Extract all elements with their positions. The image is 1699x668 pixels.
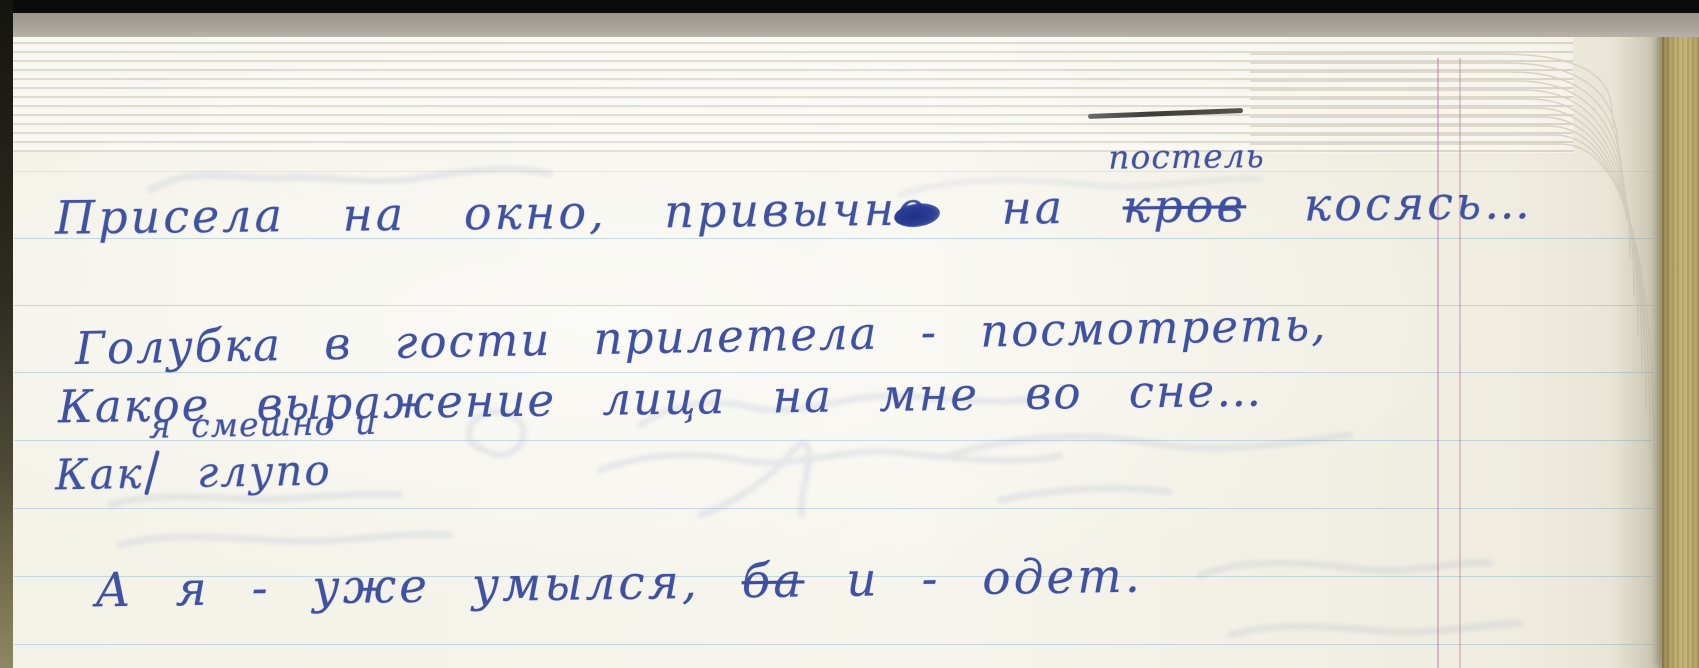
page-edge-shadow — [1614, 30, 1662, 668]
line5-text-start: А я - уже умылся, — [95, 555, 700, 618]
rule-line — [14, 508, 1654, 509]
line1-inserted-word: постель — [1108, 136, 1265, 177]
line1-text-end: косясь… — [1304, 175, 1534, 231]
rule-line — [14, 305, 1654, 306]
line4-word-end: глупо — [197, 446, 333, 497]
notebook-cover-edge — [1662, 26, 1699, 668]
insertion-caret — [144, 450, 160, 495]
stacked-page-edges — [13, 37, 1573, 153]
margin-line — [1437, 58, 1439, 668]
page-stack-top-band — [0, 13, 1699, 37]
line1-word: на — [1001, 180, 1065, 235]
rule-line — [14, 171, 1654, 172]
line4-inserted-words: я смешно и — [148, 403, 377, 446]
line4-insertion-point: я смешно и — [143, 449, 164, 498]
line5-struck-word: ба — [741, 553, 804, 609]
scanner-edge-left — [0, 0, 13, 668]
line5-text-end: и - одет. — [846, 549, 1143, 608]
margin-line — [1459, 58, 1461, 668]
line1-struck-word: кров — [1122, 178, 1246, 233]
scanner-edge-top — [0, 0, 1699, 13]
handwritten-line-4: Какя смешно и глупо — [55, 446, 332, 500]
notebook-scan: Присела на окно, привычно на кров постел… — [0, 0, 1699, 668]
line1-correction: кров постель — [1122, 178, 1246, 233]
line4-word-start: Как — [55, 449, 144, 500]
line1-text-start: Присела на окно, привычно — [55, 182, 928, 245]
rule-line — [14, 644, 1654, 645]
